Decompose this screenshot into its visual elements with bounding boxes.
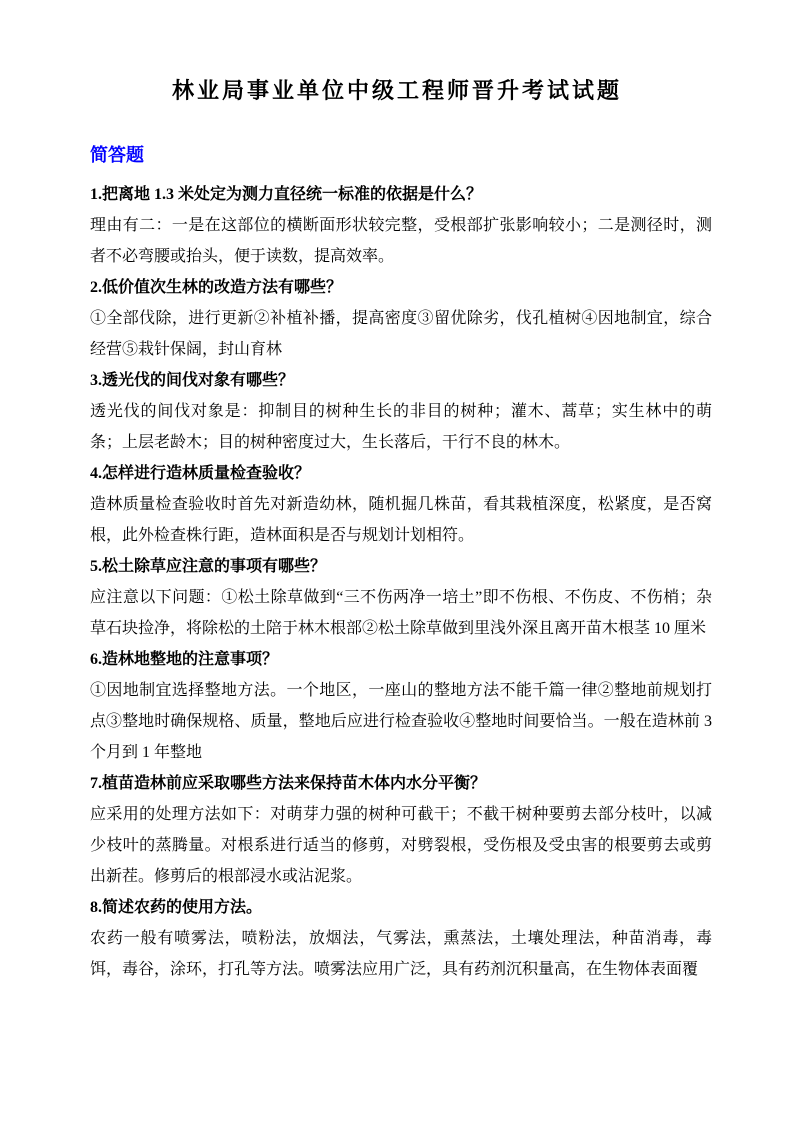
qa-block: 2.低价值次生林的改造方法有哪些？ ①全部伐除，进行更新②补植补播，提高密度③留… xyxy=(90,272,712,365)
qa-block: 1.把离地 1.3 米处定为测力直径统一标准的依据是什么？ 理由有二：一是在这部… xyxy=(90,179,712,272)
answer-text: 理由有二：一是在这部位的横断面形状较完整，受根部扩张影响较小；二是测径时，测者不… xyxy=(90,210,712,272)
answer-text: ①全部伐除，进行更新②补植补播，提高密度③留优除劣，伐孔植树④因地制宜，综合经营… xyxy=(90,303,712,365)
questions-list: 1.把离地 1.3 米处定为测力直径统一标准的依据是什么？ 理由有二：一是在这部… xyxy=(90,179,712,985)
answer-text: 应注意以下问题：①松土除草做到“三不伤两净一培土”即不伤根、不伤皮、不伤梢；杂草… xyxy=(90,582,712,644)
answer-text: 造林质量检查验收时首先对新造幼林，随机掘几株苗，看其栽植深度，松紧度，是否窝根，… xyxy=(90,489,712,551)
qa-block: 6.造林地整地的注意事项？ ①因地制宜选择整地方法。一个地区，一座山的整地方法不… xyxy=(90,644,712,768)
answer-text: 透光伐的间伐对象是：抑制目的树种生长的非目的树种；灌木、蒿草；实生林中的萌条；上… xyxy=(90,396,712,458)
qa-block: 7.植苗造林前应采取哪些方法来保持苗木体内水分平衡？ 应采用的处理方法如下：对萌… xyxy=(90,768,712,892)
question-heading: 8.简述农药的使用方法。 xyxy=(90,892,712,923)
qa-block: 3.透光伐的间伐对象有哪些？ 透光伐的间伐对象是：抑制目的树种生长的非目的树种；… xyxy=(90,365,712,458)
question-heading: 5.松土除草应注意的事项有哪些？ xyxy=(90,551,712,582)
document-title: 林业局事业单位中级工程师晋升考试试题 xyxy=(0,76,794,106)
answer-text: 应采用的处理方法如下：对萌芽力强的树种可截干；不截干树种要剪去部分枝叶，以减少枝… xyxy=(90,799,712,892)
section-heading: 简答题 xyxy=(90,144,712,166)
answer-text: 农药一般有喷雾法，喷粉法，放烟法，气雾法，熏蒸法，土壤处理法，种苗消毒，毒饵，毒… xyxy=(90,923,712,985)
question-heading: 7.植苗造林前应采取哪些方法来保持苗木体内水分平衡？ xyxy=(90,768,712,799)
question-heading: 3.透光伐的间伐对象有哪些？ xyxy=(90,365,712,396)
answer-text: ①因地制宜选择整地方法。一个地区，一座山的整地方法不能千篇一律②整地前规划打点③… xyxy=(90,675,712,768)
document-page: 林业局事业单位中级工程师晋升考试试题 简答题 1.把离地 1.3 米处定为测力直… xyxy=(0,0,794,1123)
qa-block: 5.松土除草应注意的事项有哪些？ 应注意以下问题：①松土除草做到“三不伤两净一培… xyxy=(90,551,712,644)
question-heading: 4.怎样进行造林质量检查验收？ xyxy=(90,458,712,489)
qa-block: 8.简述农药的使用方法。 农药一般有喷雾法，喷粉法，放烟法，气雾法，熏蒸法，土壤… xyxy=(90,892,712,985)
question-heading: 2.低价值次生林的改造方法有哪些？ xyxy=(90,272,712,303)
document-body: 简答题 1.把离地 1.3 米处定为测力直径统一标准的依据是什么？ 理由有二：一… xyxy=(90,144,712,985)
question-heading: 6.造林地整地的注意事项？ xyxy=(90,644,712,675)
qa-block: 4.怎样进行造林质量检查验收？ 造林质量检查验收时首先对新造幼林，随机掘几株苗，… xyxy=(90,458,712,551)
question-heading: 1.把离地 1.3 米处定为测力直径统一标准的依据是什么？ xyxy=(90,179,712,210)
